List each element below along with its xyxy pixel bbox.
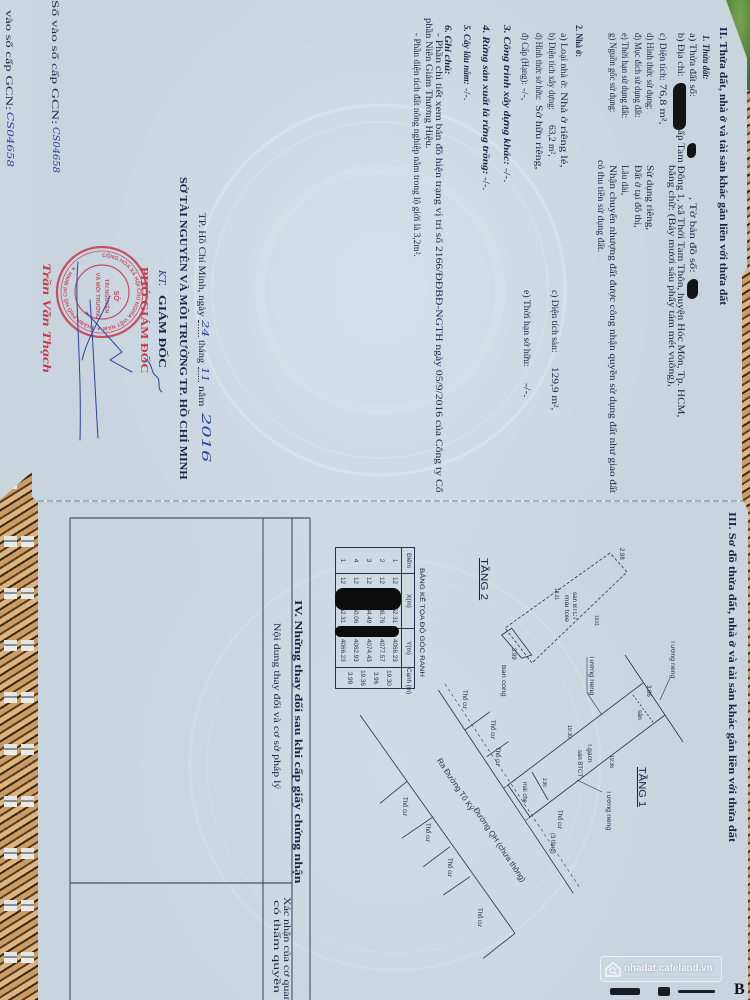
coordinate-table-title: BẢNG KÊ TỌA ĐỘ GÓC RANH: [417, 568, 425, 677]
edge-text-fragment-mark: [678, 990, 715, 993]
site-plan-diagram: [0, 0, 750, 1000]
floor2-side-a-dim: 19.31: [552, 588, 559, 600]
edge-text-fragment-mark: [658, 987, 670, 996]
changes-column-header: Nội dung thay đổi và cơ sở pháp lý: [271, 623, 282, 789]
neighbour-residential-label: Thổ cư: [445, 858, 452, 877]
watermark-text: nhadat.cafeland.vn: [624, 963, 713, 975]
cell-point: 1: [388, 548, 401, 574]
coordinate-redaction-bar: [335, 588, 401, 610]
tole-roof-label: mái tole: [562, 595, 569, 622]
party-wall-label: Tường riêng: [668, 640, 675, 678]
cell-point: 3: [362, 548, 375, 574]
party-wall-label: Tường riêng: [604, 790, 611, 830]
neighbour-residential-label: Thổ cư: [475, 908, 482, 927]
cell-point: 4: [349, 548, 362, 574]
floor2-side-b-dim: 19.61: [592, 615, 599, 626]
table-row: 1 12052.31 4066.23 19.30: [388, 548, 401, 688]
coordinate-redaction-bar: [335, 626, 399, 637]
header-edge: Cạnh (m): [402, 668, 414, 688]
floor2-label: TẦNG 2: [477, 558, 489, 600]
coordinate-table-header: Điểm X(m) Y(m) Cạnh (m): [401, 548, 414, 688]
neighbour-residential-label: Thổ cư: [488, 720, 495, 739]
neighbour-residential-label: Thổ cư: [493, 747, 500, 766]
party-wall-label: Tường riêng: [587, 655, 594, 695]
edge-text-fragment-mark: [610, 988, 640, 995]
cell-edge: 19.30: [388, 668, 401, 688]
floor1-rear-dim: 3.96: [644, 685, 651, 697]
neighbour-residential-label: Thổ cư: [555, 810, 562, 829]
neighbour-residential-label: Thổ cư: [460, 690, 467, 709]
section-iv-title: IV. Những thay đổi sau khi cấp giấy chứn…: [292, 600, 304, 883]
photo-scene: vào sổ cấp GCN: CS04658 II. Thửa đất, nh…: [0, 0, 750, 1000]
cell-point: 2: [375, 548, 388, 574]
header-point: Điểm: [402, 548, 414, 574]
floor1-slab-label: sàn BTCT: [575, 750, 582, 777]
floor1-side-a-dim: 19.30: [565, 725, 572, 738]
site-watermark: nhadat.cafeland.vn: [600, 956, 722, 982]
cell-point: 1: [336, 548, 349, 574]
table-row: 4 12050.06 4062.93 3.99: [349, 548, 362, 688]
floor2-slab-label: sàn BTCT: [570, 592, 577, 620]
three-storey-label: (3 tầng): [548, 833, 555, 854]
floor1-front-dim: 3.96: [540, 778, 547, 787]
balcony-label: ban công: [499, 665, 506, 697]
confirmation-column-header-line1: Xác nhận của cơ quan: [282, 897, 292, 1000]
brick-wall-label: T.gạch: [585, 743, 592, 763]
header-x: X(m): [402, 574, 414, 629]
road-boundaries: [360, 684, 580, 958]
table-row: 2 12036.76 4077.57 3.96: [375, 548, 388, 688]
neighbour-residential-label: Thổ cư: [400, 797, 407, 816]
yard-label: sân: [635, 710, 642, 720]
house-search-icon: [604, 960, 622, 978]
table-row: 3 12034.49 4074.43 19.36: [362, 548, 375, 688]
floor1-side-b-dim: 19.36: [607, 755, 614, 768]
floor2-rear-dim: 2.98: [617, 548, 624, 560]
confirmation-column-header-line2: có thẩm quyền: [272, 900, 282, 993]
canopy-label: mái che: [520, 782, 527, 803]
neighbour-residential-label: Thổ cư: [423, 823, 430, 842]
edge-letter-fragment: B: [734, 981, 745, 999]
floor2-balcony-dim: 3.99: [509, 648, 516, 660]
floor1-label: TẦNG 1: [635, 767, 647, 807]
coordinate-table: Điểm X(m) Y(m) Cạnh (m) 1 12052.31 4066.…: [335, 547, 415, 689]
table-row: 1 12052.31 4066.23: [336, 548, 349, 688]
header-y: Y(m): [402, 629, 414, 668]
